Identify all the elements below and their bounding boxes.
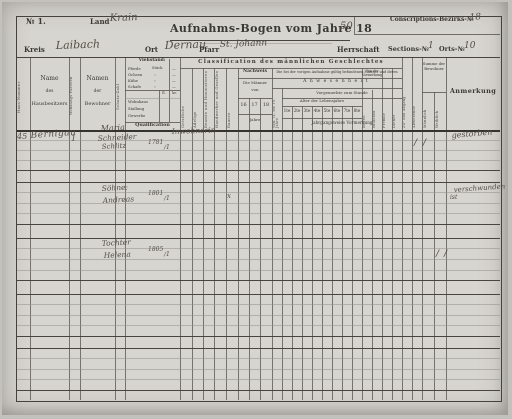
inhabitant2-tally: ∕1: [164, 195, 170, 202]
sum-box-title: Summe der Bewohner: [422, 62, 446, 71]
tax-col-florins: fl.: [159, 92, 169, 96]
sections-value-handwriting: 1: [428, 41, 434, 51]
age-class-1: 1te: [282, 109, 292, 114]
column-header-inhabitants-line2: der: [80, 90, 115, 95]
land-value-handwriting: Krain: [110, 12, 138, 24]
inhabitant3-given-name: Helena: [104, 250, 132, 260]
inhabitant1-given-name: Maria: [101, 123, 126, 133]
class-col-nobility: Adelige: [193, 70, 202, 128]
exempt-box-title: Von der Vormerkung: [362, 70, 382, 77]
inhabitant3-relation: Tochter: [102, 237, 131, 248]
proof-age-18: 18: [260, 103, 272, 109]
col-additions-departures: Zu- und Abgang: [403, 60, 411, 128]
tax-row-stable: Stallung: [128, 107, 144, 111]
inhabitant1-birth-year: 1781: [148, 139, 163, 146]
livestock-row-horses: Pferde: [128, 67, 141, 71]
inhabitant1-maiden-name: Schlitz: [102, 142, 127, 151]
land-label: Land: [90, 18, 109, 26]
column-header-owner-line3: Hausbesitzers: [30, 102, 69, 108]
livestock-unit-oxen: „: [154, 73, 156, 77]
column-header-owner-line1: Name: [30, 76, 69, 83]
age-class-5: 5te: [322, 109, 332, 114]
pfarr-value-handwriting: St. Johann: [220, 38, 268, 50]
inhabitant3-tally: ∕1: [164, 251, 170, 258]
livestock-row-cows: Kühe: [128, 79, 138, 83]
preregistration-line4: Alter der Lebensjahre: [282, 99, 362, 103]
orts-number-value-handwriting: 10: [464, 41, 475, 51]
scanned-census-sheet: № 1. Land Krain Conscriptions-Bezirks-№ …: [0, 0, 512, 419]
column-header-owner-line2: des: [30, 90, 69, 95]
livestock-unit-horses: Stück: [152, 67, 162, 71]
tax-row-trade: Gewerbe: [128, 114, 145, 118]
age-class-2: 2te: [292, 109, 302, 114]
exempt-col-freed: befreit: [363, 92, 371, 128]
orts-number-label: Orts-№: [439, 46, 465, 53]
preregistration-age-col: Vom 14. bis 19. Jahre: [273, 90, 282, 128]
age-class-4: 4te: [312, 109, 322, 114]
conscription-district-label: Conscriptions-Bezirks-№: [390, 17, 473, 24]
proof-box-caption: Jahre: [238, 118, 272, 122]
proof-box-line1: Die Männer: [238, 81, 272, 85]
livestock-unit-sheep: „: [154, 85, 156, 89]
class-col-craftsmen: Handwerker und Gesellen: [215, 70, 225, 128]
class-col-clergy: Geistliche: [181, 70, 191, 128]
sum-col-male: Männlich: [424, 94, 433, 128]
column-header-protection-number: Schutz-Zahl: [116, 66, 124, 128]
title-year-handwriting: 50: [340, 21, 353, 32]
class-col-officials: Beamte und Honoratioren: [204, 70, 213, 128]
sheet-number: № 1.: [26, 17, 46, 26]
group1-sum-tick-male: ∕: [414, 138, 417, 148]
herrschaft-label: Herrschaft: [337, 46, 380, 54]
conscription-district-value: 18: [469, 12, 481, 23]
inhabitant3-birth-year: 1805: [148, 246, 163, 253]
classification-header: Classification des männlichen Geschlecht…: [180, 59, 402, 65]
inhabitant1-tally: ∕1: [164, 144, 170, 151]
inhabitant2-given-name: Andreas: [103, 194, 135, 205]
exempt-col-relieved: enthoben: [373, 92, 381, 128]
pfarr-label: Pfarr: [199, 46, 219, 54]
class-col-servants: Diener: [393, 70, 401, 128]
remark-column-header: Anmerkung: [446, 88, 500, 95]
column-header-house-number: Haus-Nummer: [17, 66, 29, 128]
inhabitant1-qualification-handwriting: Inwohnerin: [172, 125, 216, 136]
age-class-3: 3te: [302, 109, 312, 114]
tax-row-house: Wohnhaus: [128, 100, 148, 104]
kreis-label: Kreis: [24, 46, 45, 54]
proof-age-16: 16: [238, 103, 249, 109]
proof-box-title: Nachweis: [238, 70, 272, 75]
group2-class-mark: x: [227, 192, 231, 200]
group3-sum-tick-male: ∕: [436, 249, 439, 259]
tax-col-kreuzer: kr.: [169, 92, 180, 96]
kreis-value-handwriting: Laibach: [56, 37, 101, 52]
col-absent: Abwesende: [413, 60, 421, 128]
group2-remark-line2: ist: [450, 194, 457, 201]
livestock-value-cows: —: [172, 79, 176, 83]
house-number-handwriting: 45: [17, 132, 27, 141]
group1-sum-tick-female: ∕: [423, 138, 426, 148]
class-col-farmers: Bauern: [227, 70, 237, 128]
column-header-dwelling-parties: Wohnungs-Parteien: [70, 64, 79, 128]
age-class-6: 6te: [332, 109, 342, 114]
livestock-value-sheep: —: [172, 85, 176, 89]
livestock-box-title: Viehstand:: [126, 59, 178, 64]
proof-age-17: 17: [249, 103, 260, 109]
proof-box-line2: von: [238, 88, 272, 92]
column-header-inhabitants-line3: Bewohner: [80, 102, 115, 108]
paper-background: № 1. Land Krain Conscriptions-Bezirks-№ …: [2, 2, 508, 415]
livestock-value-oxen: —: [172, 73, 176, 77]
livestock-row-sheep: Schafe: [128, 85, 141, 89]
livestock-value-horses: —: [172, 67, 176, 71]
inhabitant2-birth-year: 1801: [148, 190, 163, 197]
ort-label: Ort: [145, 46, 158, 54]
inhabitant2-relation: Söhne:: [102, 183, 129, 193]
group3-sum-tick-female: ∕: [444, 249, 447, 259]
class-col-foreigners: Fremde: [383, 70, 391, 128]
age-class-7: 7te: [342, 109, 352, 114]
sections-label: Sections-№: [388, 46, 429, 53]
parties-count-handwriting: 1: [71, 134, 76, 143]
sum-col-female: Weiblich: [436, 94, 445, 128]
column-header-inhabitants-line1: Namen: [80, 76, 115, 83]
livestock-unit-cows: „: [154, 79, 156, 83]
livestock-row-oxen: Ochsen: [128, 73, 142, 77]
age-class-8: 8te: [352, 109, 362, 114]
